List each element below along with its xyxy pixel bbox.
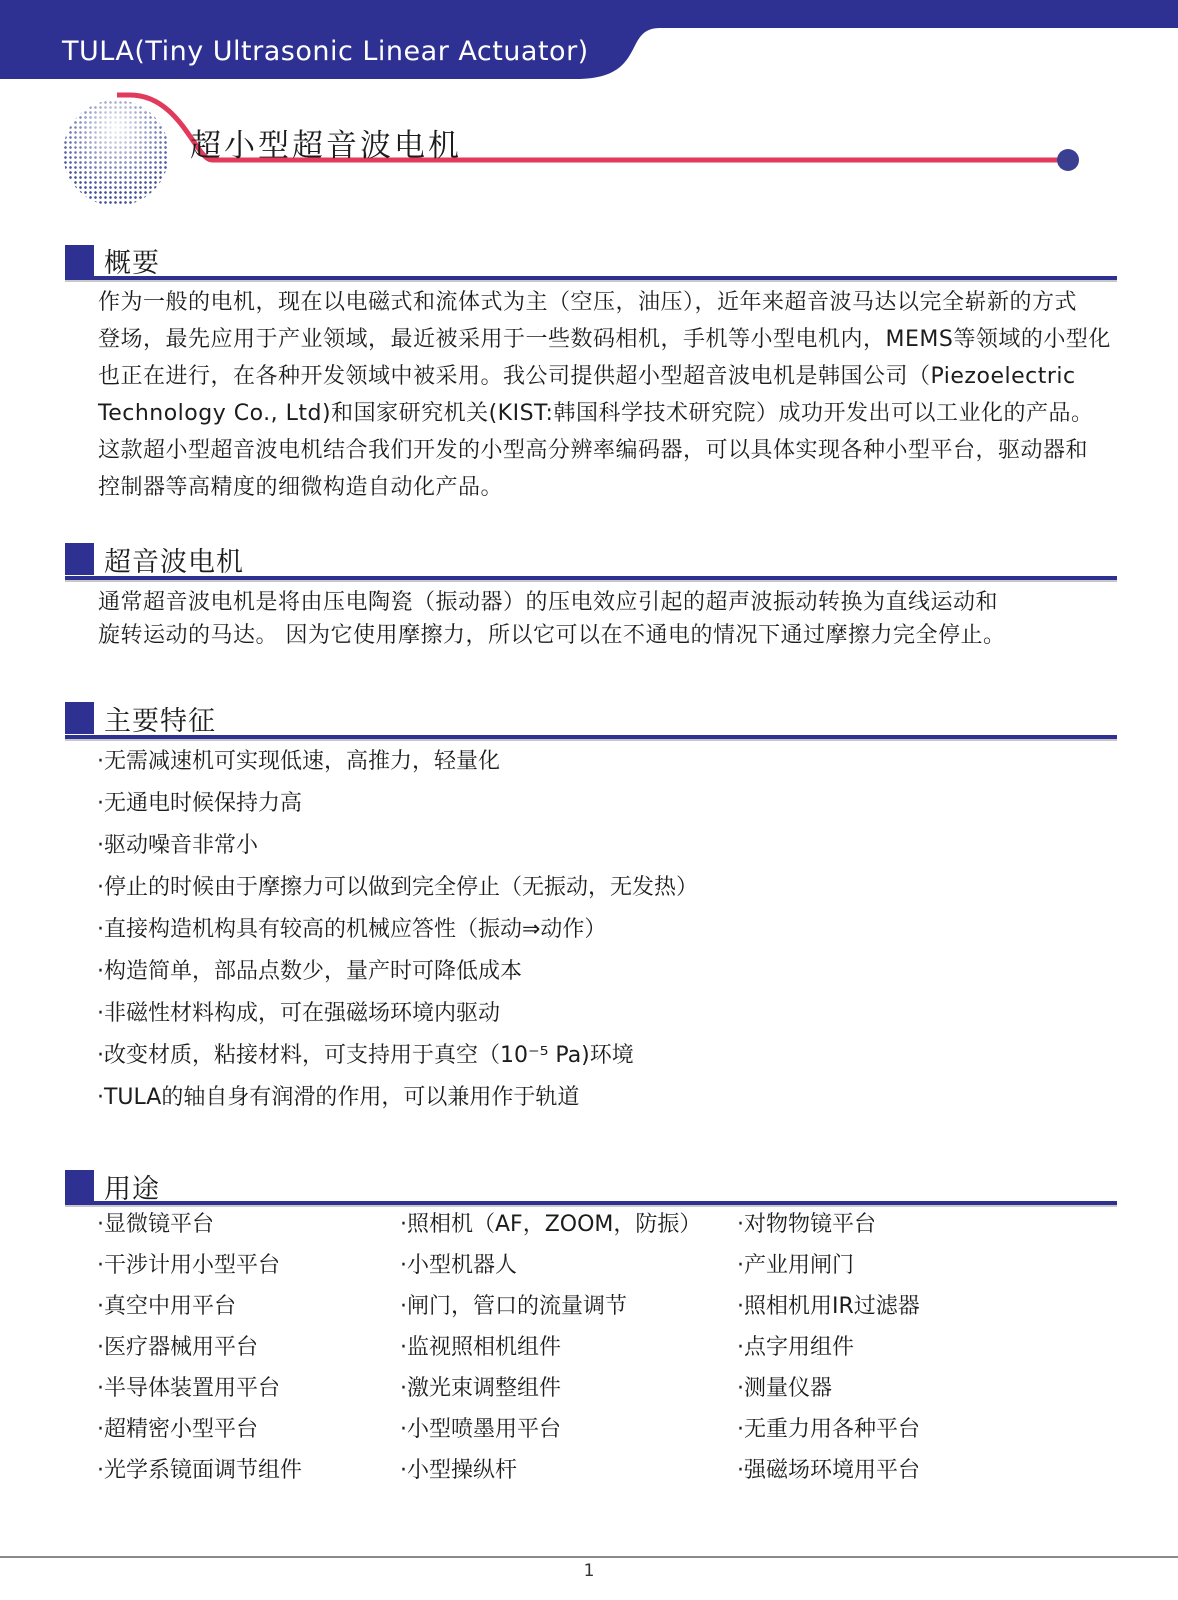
- footer-rule: [0, 1556, 1178, 1558]
- section-heading-overview: 概要: [104, 241, 160, 280]
- section-heading-features: 主要特征: [104, 699, 216, 738]
- applications-column-3: ·对物物镜平台 ·产业用闸门 ·照相机用IR过滤器 ·点字用组件 ·测量仪器 ·…: [737, 1204, 920, 1491]
- feature-item: ·TULA的轴自身有润滑的作用，可以兼用作于轨道: [97, 1077, 698, 1119]
- application-item: ·测量仪器: [737, 1368, 920, 1409]
- application-item: ·医疗器械用平台: [97, 1327, 302, 1368]
- feature-item: ·驱动噪音非常小: [97, 825, 698, 867]
- feature-item: ·无需减速机可实现低速，高推力，轻量化: [97, 741, 698, 783]
- application-item: ·真空中用平台: [97, 1286, 302, 1327]
- application-item: ·小型机器人: [400, 1245, 701, 1286]
- application-item: ·无重力用各种平台: [737, 1409, 920, 1450]
- document-page: TULA(Tiny Ultrasonic Linear Actuator) 超小…: [0, 0, 1178, 1600]
- application-item: ·干涉计用小型平台: [97, 1245, 302, 1286]
- motor-paragraph: 通常超音波电机是将由压电陶瓷（振动器）的压电效应引起的超声波振动转换为直线运动和…: [98, 586, 1128, 652]
- section-marker-motor: [65, 543, 94, 575]
- application-item: ·小型喷墨用平台: [400, 1409, 701, 1450]
- application-item: ·小型操纵杆: [400, 1450, 701, 1491]
- application-item: ·照相机用IR过滤器: [737, 1286, 920, 1327]
- feature-item: ·构造简单，部品点数少，量产时可降低成本: [97, 951, 698, 993]
- feature-item: ·改变材质，粘接材料，可支持用于真空（10⁻⁵ Pa)环境: [97, 1035, 698, 1077]
- features-list: ·无需减速机可实现低速，高推力，轻量化 ·无通电时候保持力高 ·驱动噪音非常小 …: [97, 741, 698, 1119]
- overview-paragraph: 作为一般的电机，现在以电磁式和流体式为主（空压，油压），近年来超音波马达以完全崭…: [98, 284, 1128, 506]
- section-marker-overview: [65, 245, 94, 277]
- application-item: ·对物物镜平台: [737, 1204, 920, 1245]
- section-heading-motor: 超音波电机: [104, 540, 244, 579]
- section-rule-overview: [65, 276, 1117, 280]
- application-item: ·监视照相机组件: [400, 1327, 701, 1368]
- application-item: ·照相机（AF，ZOOM，防振）: [400, 1204, 701, 1245]
- page-title: 超小型超音波电机: [190, 120, 462, 165]
- section-marker-applications: [65, 1170, 94, 1202]
- applications-column-2: ·照相机（AF，ZOOM，防振） ·小型机器人 ·闸门，管口的流量调节 ·监视照…: [400, 1204, 701, 1491]
- application-item: ·强磁场环境用平台: [737, 1450, 920, 1491]
- applications-column-1: ·显微镜平台 ·干涉计用小型平台 ·真空中用平台 ·医疗器械用平台 ·半导体装置…: [97, 1204, 302, 1491]
- feature-item: ·停止的时候由于摩擦力可以做到完全停止（无振动，无发热）: [97, 867, 698, 909]
- application-item: ·激光束调整组件: [400, 1368, 701, 1409]
- feature-item: ·非磁性材料构成，可在强磁场环境内驱动: [97, 993, 698, 1035]
- page-number: 1: [0, 1561, 1178, 1581]
- application-item: ·产业用闸门: [737, 1245, 920, 1286]
- application-item: ·闸门，管口的流量调节: [400, 1286, 701, 1327]
- product-title: TULA(Tiny Ultrasonic Linear Actuator): [62, 36, 589, 68]
- application-item: ·点字用组件: [737, 1327, 920, 1368]
- application-item: ·超精密小型平台: [97, 1409, 302, 1450]
- application-item: ·光学系镜面调节组件: [97, 1450, 302, 1491]
- section-rule-motor: [65, 576, 1117, 580]
- feature-item: ·无通电时候保持力高: [97, 783, 698, 825]
- application-item: ·半导体装置用平台: [97, 1368, 302, 1409]
- application-item: ·显微镜平台: [97, 1204, 302, 1245]
- title-end-dot-icon: [1057, 149, 1079, 171]
- section-marker-features: [65, 702, 94, 734]
- section-rule-features: [65, 735, 1117, 739]
- title-decoration: [0, 85, 1178, 215]
- feature-item: ·直接构造机构具有较高的机械应答性（振动⇒动作）: [97, 909, 698, 951]
